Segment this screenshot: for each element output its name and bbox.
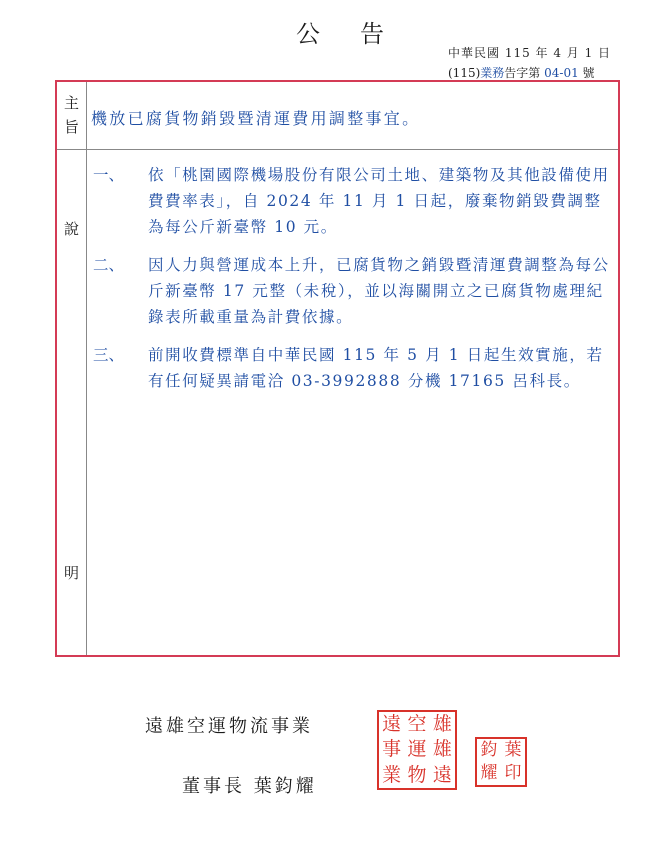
seal-char: 業: [379, 763, 404, 788]
explanation-label-top: 說: [57, 218, 86, 239]
company-seal-icon: 遠 空 雄 事 運 雄 業 物 遠: [377, 710, 457, 790]
explanation-item: 一、 依「桃園國際機場股份有限公司土地、建築物及其他設備使用費費率表」，自 20…: [87, 162, 612, 240]
subject-label-bottom: 旨: [57, 116, 86, 137]
doc-no-num: 04-01: [544, 66, 579, 80]
item-text: 前開收費標準自中華民國 115 年 5 月 1 日起生效實施，若有任何疑異請電洽…: [148, 342, 612, 394]
notice-title: 公告: [296, 14, 424, 49]
explanation-label-bottom: 明: [57, 562, 86, 583]
seal-char: 遠: [379, 712, 404, 737]
chairman-signature: 董事長 葉鈞耀: [182, 772, 317, 798]
seal-char: 耀: [477, 762, 501, 785]
company-name: 遠雄空運物流事業: [145, 712, 313, 738]
seal-char: 雄: [430, 737, 455, 762]
issue-date: 中華民國 115 年 4 月 1 日: [448, 44, 611, 61]
item-text: 依「桃園國際機場股份有限公司土地、建築物及其他設備使用費費率表」，自 2024 …: [148, 162, 612, 240]
seal-char: 遠: [430, 763, 455, 788]
subject-row: 主 旨 機放已腐貨物銷毀暨清運費用調整事宜。: [57, 82, 618, 150]
item-number: 三、: [87, 342, 148, 394]
chairman-seal-icon: 鈞 葉 耀 印: [475, 737, 527, 787]
doc-no-dept: 業務: [480, 66, 504, 80]
doc-no-prefix: (115): [448, 66, 480, 80]
explanation-item: 二、 因人力與營運成本上升，已腐貨物之銷毀暨清運費調整為每公斤新臺幣 17 元整…: [87, 252, 612, 330]
doc-no-suffix: 號: [579, 66, 595, 80]
item-number: 一、: [87, 162, 148, 240]
notice-frame: 主 旨 機放已腐貨物銷毀暨清運費用調整事宜。 說 明 一、 依「桃園國際機場股份…: [55, 80, 620, 657]
subject-text: 機放已腐貨物銷毀暨清運費用調整事宜。: [91, 106, 420, 129]
seal-char: 物: [404, 763, 429, 788]
seal-char: 運: [404, 737, 429, 762]
seal-char: 印: [501, 762, 525, 785]
seal-char: 鈞: [477, 739, 501, 762]
seal-char: 事: [379, 737, 404, 762]
seal-char: 空: [404, 712, 429, 737]
document-number: (115)業務告字第 04-01 號: [448, 64, 595, 81]
item-number: 二、: [87, 252, 148, 330]
item-text: 因人力與營運成本上升，已腐貨物之銷毀暨清運費調整為每公斤新臺幣 17 元整（未稅…: [148, 252, 612, 330]
seal-char: 雄: [430, 712, 455, 737]
doc-no-mid: 告字第: [504, 66, 544, 80]
seal-char: 葉: [501, 739, 525, 762]
subject-label-top: 主: [57, 92, 86, 113]
explanation-list: 一、 依「桃園國際機場股份有限公司土地、建築物及其他設備使用費費率表」，自 20…: [87, 162, 612, 406]
explanation-item: 三、 前開收費標準自中華民國 115 年 5 月 1 日起生效實施，若有任何疑異…: [87, 342, 612, 394]
